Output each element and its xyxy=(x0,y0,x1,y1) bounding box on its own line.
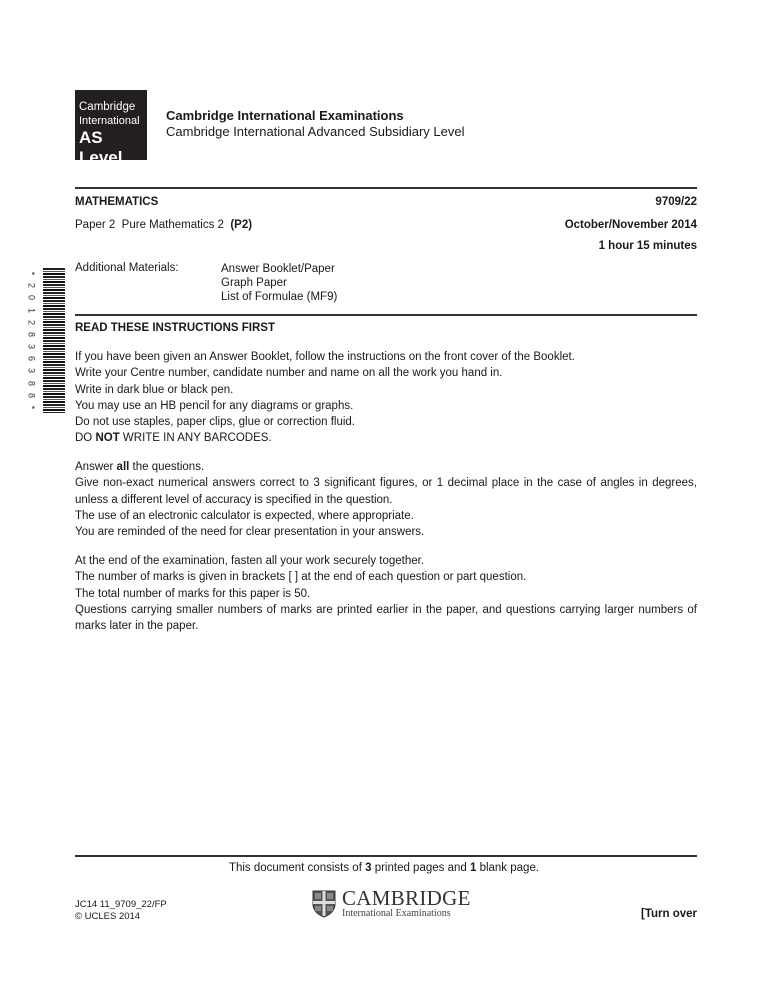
instructions-block-3: At the end of the examination, fasten al… xyxy=(75,553,697,634)
materials-label: Additional Materials: xyxy=(75,262,179,274)
document-reference: JC14 11_9709_22/FP © UCLES 2014 xyxy=(75,899,167,923)
barcode-digit: * xyxy=(26,401,37,413)
paper-name: Paper 2 Pure Mathematics 2 xyxy=(75,219,230,231)
text: blank page. xyxy=(476,862,539,874)
barcode-digit: 6 xyxy=(26,353,37,365)
instruction-line: The total number of marks for this paper… xyxy=(75,586,697,602)
barcode-digit: * xyxy=(26,268,37,280)
instructions-block-1: If you have been given an Answer Booklet… xyxy=(75,349,697,447)
instruction-line: At the end of the examination, fasten al… xyxy=(75,553,697,569)
instruction-line: If you have been given an Answer Booklet… xyxy=(75,349,697,365)
emphasis: NOT xyxy=(95,432,119,444)
materials-list: Answer Booklet/Paper Graph Paper List of… xyxy=(221,262,337,304)
cambridge-brand-logo: CAMBRIDGE International Examinations xyxy=(312,888,471,920)
instruction-line: The number of marks is given in brackets… xyxy=(75,569,697,585)
logo-line-2: International xyxy=(79,114,147,128)
as-level-logo: Cambridge International AS Level xyxy=(75,90,147,160)
instruction-line-answer-all: Answer all the questions. xyxy=(75,459,697,475)
exam-duration: 1 hour 15 minutes xyxy=(599,240,697,252)
instructions-heading: READ THESE INSTRUCTIONS FIRST xyxy=(75,322,275,334)
paper-title: Paper 2 Pure Mathematics 2 (P2) xyxy=(75,219,252,231)
candidate-barcode: * 2 0 1 2 8 3 6 3 8 8 * xyxy=(25,268,65,413)
barcode-digit: 8 xyxy=(26,328,37,340)
emphasis: all xyxy=(117,461,130,473)
exam-session: October/November 2014 xyxy=(565,219,697,231)
board-title: Cambridge International Examinations xyxy=(166,108,404,123)
text: printed pages and xyxy=(372,862,470,874)
barcode-digit: 3 xyxy=(26,341,37,353)
brand-name: CAMBRIDGE xyxy=(342,888,471,908)
text: This document consists of xyxy=(229,862,365,874)
divider-instructions xyxy=(75,314,697,316)
page-count-note: This document consists of 3 printed page… xyxy=(0,862,768,874)
instruction-line: You are reminded of the need for clear p… xyxy=(75,524,697,540)
barcode-digit: 2 xyxy=(26,316,37,328)
instruction-line: Write in dark blue or black pen. xyxy=(75,382,697,398)
instruction-line-barcodes: DO NOT WRITE IN ANY BARCODES. xyxy=(75,430,697,446)
subject: MATHEMATICS xyxy=(75,196,158,208)
instruction-line: The use of an electronic calculator is e… xyxy=(75,508,697,524)
logo-line-1: Cambridge xyxy=(79,100,147,114)
instruction-line: You may use an HB pencil for any diagram… xyxy=(75,398,697,414)
syllabus-code: 9709/22 xyxy=(655,196,697,208)
qualification-title: Cambridge International Advanced Subsidi… xyxy=(166,124,464,139)
turn-over-label: [Turn over xyxy=(641,908,697,920)
barcode-digit: 2 xyxy=(26,280,37,292)
instruction-line: Questions carrying smaller numbers of ma… xyxy=(75,602,697,635)
barcode-digit: 0 xyxy=(26,292,37,304)
text: WRITE IN ANY BARCODES. xyxy=(120,432,272,444)
barcode-digit: 8 xyxy=(26,377,37,389)
instruction-line: Give non-exact numerical answers correct… xyxy=(75,475,697,508)
text: Answer xyxy=(75,461,117,473)
material-item: List of Formulae (MF9) xyxy=(221,290,337,304)
material-item: Graph Paper xyxy=(221,276,337,290)
instructions-block-2: Answer all the questions. Give non-exact… xyxy=(75,459,697,540)
barcode-digits: * 2 0 1 2 8 3 6 3 8 8 * xyxy=(25,268,37,413)
instruction-line: Write your Centre number, candidate numb… xyxy=(75,365,697,381)
cambridge-shield-icon xyxy=(312,890,336,918)
instruction-line: Do not use staples, paper clips, glue or… xyxy=(75,414,697,430)
paper-code: (P2) xyxy=(230,219,252,231)
text: the questions. xyxy=(129,461,204,473)
text: DO xyxy=(75,432,95,444)
barcode-digit: 8 xyxy=(26,389,37,401)
copyright: © UCLES 2014 xyxy=(75,911,167,923)
divider-top xyxy=(75,187,697,189)
reference-code: JC14 11_9709_22/FP xyxy=(75,899,167,911)
barcode-digit: 1 xyxy=(26,304,37,316)
logo-line-3: AS Level xyxy=(79,128,147,168)
divider-footer xyxy=(75,855,697,857)
material-item: Answer Booklet/Paper xyxy=(221,262,337,276)
barcode-bars xyxy=(43,268,65,413)
barcode-digit: 3 xyxy=(26,365,37,377)
